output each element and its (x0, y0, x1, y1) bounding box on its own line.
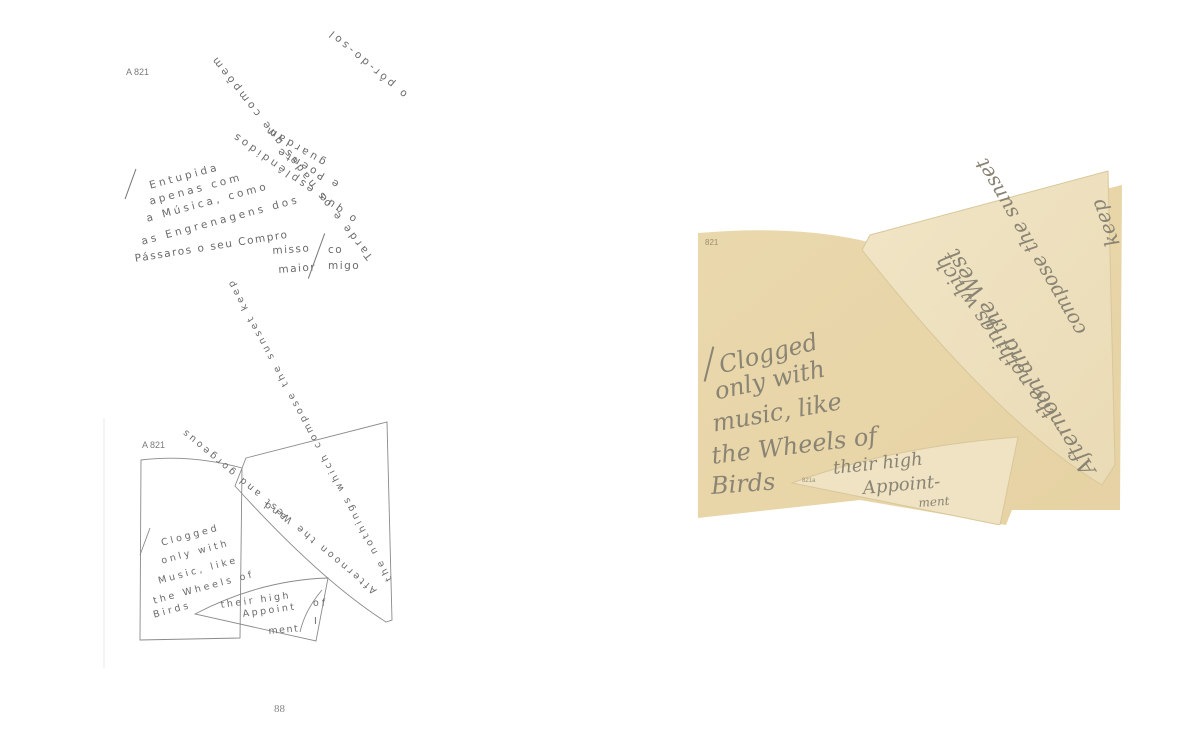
pt-line-migo: migo (328, 260, 360, 272)
hand-flap-line-3: ment (918, 494, 950, 510)
manuscript-label: 821 (705, 238, 718, 247)
page-number: 88 (274, 703, 285, 715)
pt-line-co: co (328, 244, 343, 256)
manuscript-flap-label: 821a (802, 478, 815, 484)
pt-rot-line-2: o pôr-do-sol (325, 26, 410, 100)
pt-transcription-label: A 821 (126, 67, 149, 77)
en-flap-side-i: I (314, 616, 320, 627)
pt-line-misso: misso (272, 242, 311, 257)
hand-line-5: Birds (710, 468, 776, 500)
en-flap-side-of: of (313, 598, 328, 609)
slash-mark (125, 169, 137, 199)
